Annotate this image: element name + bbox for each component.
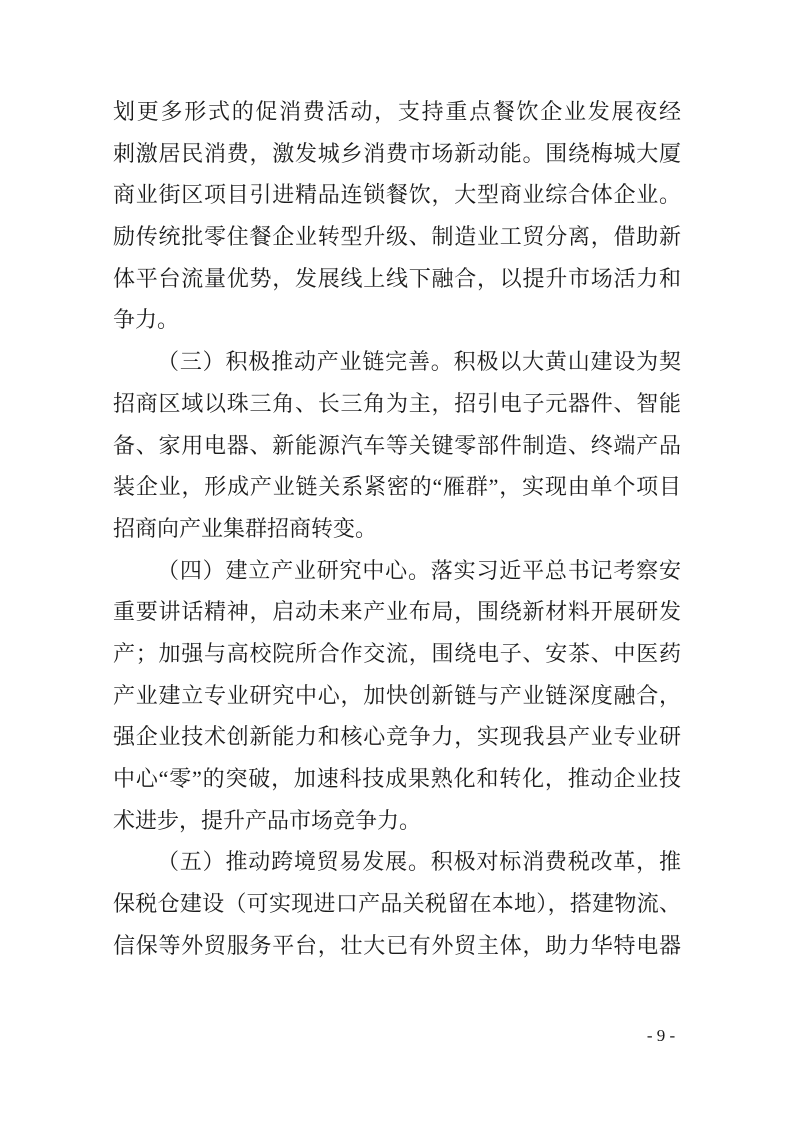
text-line: 保税仓建设（可实现进口产品关税留在本地），搭建物流、: [113, 883, 681, 925]
text-line: 强企业技术创新能力和核心竞争力，实现我县产业专业研究: [113, 716, 681, 758]
text-line: 体平台流量优势，发展线上线下融合，以提升市场活力和竞: [113, 258, 681, 300]
text-line: （三）积极推动产业链完善。积极以大黄山建设为契机，: [113, 341, 681, 383]
text-line: 术进步，提升产品市场竞争力。: [113, 800, 681, 842]
text-line: 重要讲话精神，启动未来产业布局，围绕新材料开展研发生: [113, 591, 681, 633]
text-line: 产业建立专业研究中心，加快创新链与产业链深度融合，增: [113, 675, 681, 717]
text-line: 中心“零”的突破，加速科技成果熟化和转化，推动企业技: [113, 758, 681, 800]
document-page: 划更多形式的促消费活动，支持重点餐饮企业发展夜经济，刺激居民消费，激发城乡消费市…: [0, 0, 793, 1122]
text-line: 招商区域以珠三角、长三角为主，招引电子元器件、智能设: [113, 383, 681, 425]
text-line: 产；加强与高校院所合作交流，围绕电子、安茶、中医药等: [113, 633, 681, 675]
text-line: 装企业，形成产业链关系紧密的“雁群”，实现由单个项目: [113, 466, 681, 508]
page-number: - 9 -: [631, 1026, 691, 1046]
text-line: 励传统批零住餐企业转型升级、制造业工贸分离，借助新媒: [113, 216, 681, 258]
text-line: 刺激居民消费，激发城乡消费市场新动能。围绕梅城大厦等: [113, 133, 681, 175]
text-line: 招商向产业集群招商转变。: [113, 508, 681, 550]
document-body: 划更多形式的促消费活动，支持重点餐饮企业发展夜经济，刺激居民消费，激发城乡消费市…: [113, 91, 681, 966]
text-line: 商业街区项目引进精品连锁餐饮，大型商业综合体企业。鼓: [113, 174, 681, 216]
text-line: 备、家用电器、新能源汽车等关键零部件制造、终端产品组: [113, 425, 681, 467]
text-line: （五）推动跨境贸易发展。积极对标消费税改革，推进: [113, 841, 681, 883]
text-line: 信保等外贸服务平台，壮大已有外贸主体，助力华特电器申: [113, 925, 681, 967]
text-line: （四）建立产业研究中心。落实习近平总书记考察安徽: [113, 550, 681, 592]
text-line: 划更多形式的促消费活动，支持重点餐饮企业发展夜经济，: [113, 91, 681, 133]
text-line: 争力。: [113, 299, 681, 341]
